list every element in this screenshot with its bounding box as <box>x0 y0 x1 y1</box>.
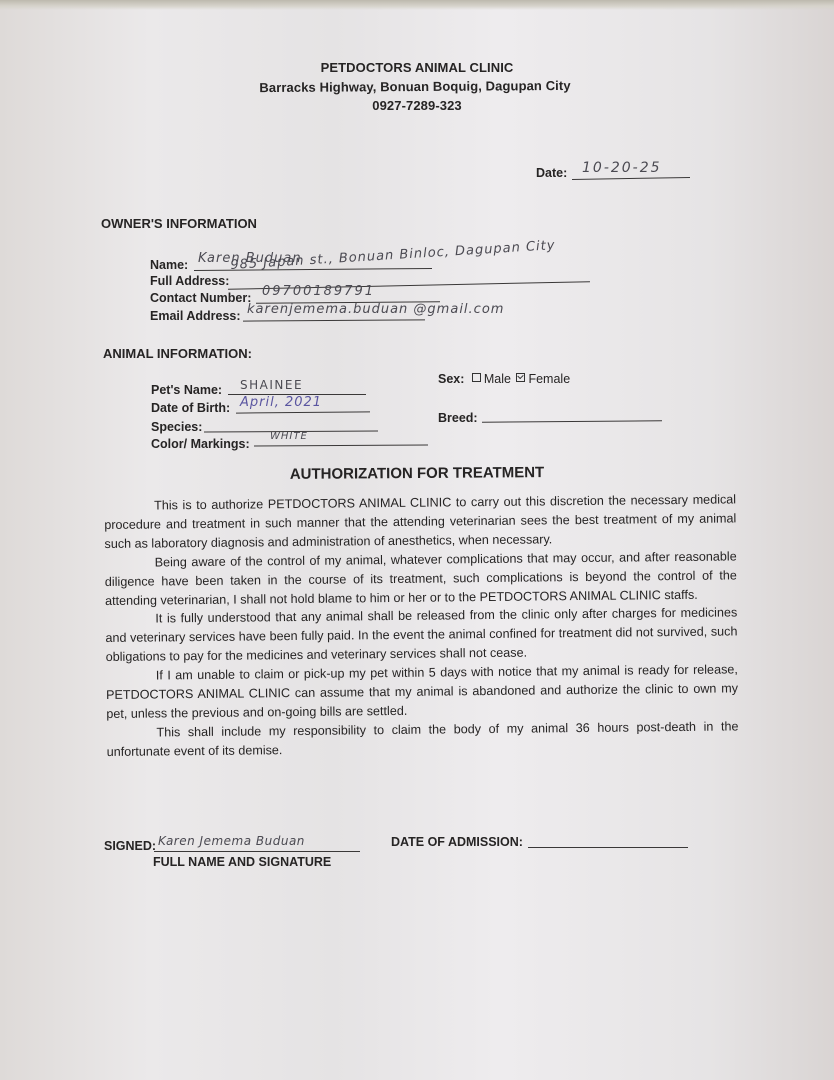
pet-name-value[interactable]: SHAINEE <box>240 378 303 392</box>
owner-address-label: Full Address: <box>150 274 229 288</box>
clinic-name: PETDOCTORS ANIMAL CLINIC <box>0 60 834 75</box>
date-underline <box>572 177 690 180</box>
owner-email-label: Email Address: <box>150 309 241 323</box>
pet-name-label: Pet's Name: <box>151 383 222 397</box>
dob-label: Date of Birth: <box>151 401 230 415</box>
treatment-authorization-form: PETDOCTORS ANIMAL CLINIC Barracks Highwa… <box>0 0 834 1080</box>
authorization-paragraph: If I am unable to claim or pick-up my pe… <box>106 661 739 724</box>
color-value[interactable]: WHITE <box>270 431 308 442</box>
authorization-paragraph: This shall include my responsibility to … <box>106 717 738 761</box>
authorization-paragraph: Being aware of the control of my animal,… <box>105 547 738 610</box>
species-label: Species: <box>151 420 202 434</box>
sex-label: Sex: <box>438 372 464 386</box>
color-label: Color/ Markings: <box>151 437 250 451</box>
breed-label: Breed: <box>438 411 478 425</box>
breed-underline[interactable] <box>482 420 662 423</box>
sex-female-checkbox[interactable] <box>516 373 525 382</box>
date-field[interactable]: Date: <box>536 164 567 182</box>
admission-date-label: DATE OF ADMISSION: <box>391 835 523 849</box>
sex-female-label: Female <box>528 372 570 386</box>
dob-value[interactable]: April, 2021 <box>240 395 322 410</box>
sex-field: Sex: Male Female <box>438 372 570 386</box>
signature-value[interactable]: Karen Jemema Buduan <box>158 834 305 848</box>
sex-male-label: Male <box>484 372 511 386</box>
authorization-paragraph: It is fully understood that any animal s… <box>105 604 738 667</box>
dob-underline <box>236 411 370 413</box>
signed-label: SIGNED: <box>104 839 156 853</box>
authorization-title: AUTHORIZATION FOR TREATMENT <box>0 462 834 485</box>
authorization-paragraph: This is to authorize PETDOCTORS ANIMAL C… <box>104 490 737 553</box>
clinic-address: Barracks Highway, Bonuan Boquig, Dagupan… <box>0 76 832 97</box>
signature-underline <box>154 851 360 852</box>
owner-email-underline <box>243 319 425 321</box>
color-underline <box>254 445 428 447</box>
signature-caption: FULL NAME AND SIGNATURE <box>153 855 331 869</box>
clinic-phone: 0927-7289-323 <box>0 98 834 113</box>
owner-section-title: OWNER'S INFORMATION <box>101 216 257 231</box>
date-value: 10-20-25 <box>582 160 662 176</box>
admission-date-underline[interactable] <box>528 847 688 848</box>
owner-name-label: Name: <box>150 258 188 272</box>
owner-contact-label: Contact Number: <box>150 291 251 305</box>
authorization-body: This is to authorize PETDOCTORS ANIMAL C… <box>104 490 739 761</box>
sex-male-checkbox[interactable] <box>472 373 481 382</box>
animal-section-title: ANIMAL INFORMATION: <box>103 346 252 361</box>
owner-email-value[interactable]: karenjemema.buduan @gmail.com <box>247 302 504 317</box>
date-label: Date: <box>536 166 567 180</box>
owner-contact-value[interactable]: 09700189791 <box>262 284 375 299</box>
